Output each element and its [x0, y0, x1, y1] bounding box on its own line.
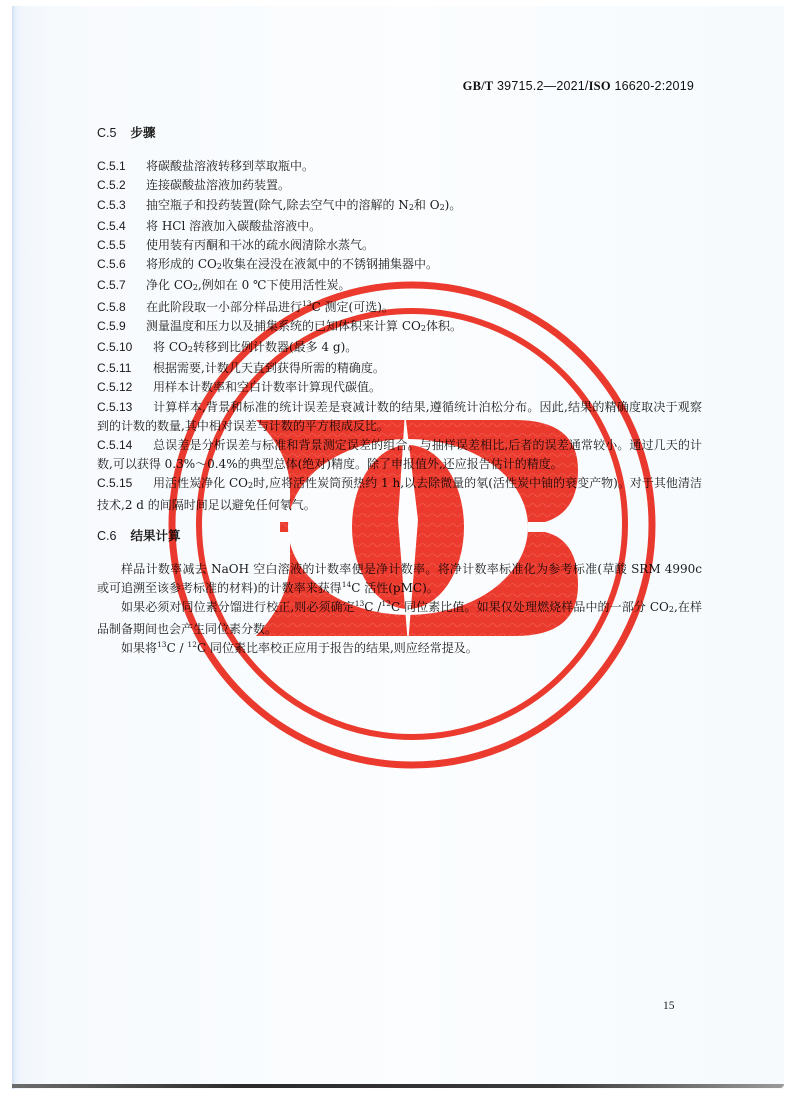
procedure-step: C.5.7净化 CO2,例如在 0 ℃下使用活性炭。: [97, 276, 702, 297]
step-number: C.5.8: [97, 298, 142, 317]
step-text: 用样本计数率和空白计数率计算现代碳值。: [153, 380, 381, 394]
code-number: 39715.2—2021/: [497, 79, 589, 93]
paragraph: 样品计数率减去 NaOH 空白溶液的计数率便是净计数率。将净计数率标准化为参考标…: [97, 560, 702, 598]
standard-code-header: GB/T 39715.2—2021/ISO 16620-2:2019: [463, 79, 694, 94]
code-prefix: GB/T: [463, 79, 494, 93]
step-text: 测量温度和压力以及捕集系统的已知体积来计算 CO2体积。: [146, 319, 462, 333]
procedure-step: C.5.10将 CO2转移到比例计数器(最多 4 g)。: [97, 338, 702, 359]
page-number: 15: [663, 1000, 675, 1012]
step-number: C.5.2: [97, 176, 142, 195]
step-text: 在此阶段取一小部分样品进行13C 测定(可选)。: [146, 300, 394, 314]
procedure-steps: C.5.1将碳酸盐溶液转移到萃取瓶中。C.5.2连接碳酸盐溶液加药装置。C.5.…: [97, 157, 702, 515]
step-text: 将 CO2转移到比例计数器(最多 4 g)。: [153, 340, 357, 354]
step-text: 使用装有丙酮和干冰的疏水阀清除水蒸气。: [146, 238, 374, 252]
document-body: C.5 步骤 C.5.1将碳酸盐溶液转移到萃取瓶中。C.5.2连接碳酸盐溶液加药…: [97, 124, 702, 658]
step-number: C.5.9: [97, 317, 142, 336]
step-number: C.5.15: [97, 474, 149, 493]
iso-number: 16620-2:2019: [614, 79, 694, 93]
procedure-step: C.5.1将碳酸盐溶液转移到萃取瓶中。: [97, 157, 702, 176]
procedure-step: C.5.15用活性炭净化 CO2时,应将活性炭筒预热约 1 h,以去除微量的氡(…: [97, 474, 702, 514]
procedure-step: C.5.3抽空瓶子和投药装置(除气,除去空气中的溶解的 N2和 O2)。: [97, 196, 702, 217]
paragraph: 如果必须对同位素分馏进行校正,则必须确定13C /12C 同位素比值。如果仅处理…: [97, 598, 702, 638]
procedure-step: C.5.14总误差是分析误差与标准和背景测定误差的组合。与抽样误差相比,后者的误…: [97, 436, 702, 474]
paragraph: 如果将13C / 12C 同位素比率校正应用于报告的结果,则应经常提及。: [97, 639, 702, 658]
step-text: 将 HCl 溶液加入碳酸盐溶液中。: [146, 219, 321, 233]
step-text: 总误差是分析误差与标准和背景测定误差的组合。与抽样误差相比,后者的误差通常较小。…: [97, 438, 702, 471]
section-heading-c5: C.5 步骤: [97, 124, 702, 143]
procedure-step: C.5.2连接碳酸盐溶液加药装置。: [97, 176, 702, 195]
procedure-step: C.5.13计算样本,背景和标准的统计误差是衰减计数的结果,遵循统计泊松分布。因…: [97, 398, 702, 436]
step-number: C.5.10: [97, 338, 149, 357]
step-text: 将碳酸盐溶液转移到萃取瓶中。: [146, 159, 314, 173]
step-number: C.5.1: [97, 157, 142, 176]
step-number: C.5.13: [97, 398, 149, 417]
step-text: 将形成的 CO2收集在浸没在液氮中的不锈钢捕集器中。: [146, 257, 438, 271]
step-number: C.5.5: [97, 236, 142, 255]
result-calculation-text: 样品计数率减去 NaOH 空白溶液的计数率便是净计数率。将净计数率标准化为参考标…: [97, 560, 702, 658]
step-number: C.5.11: [97, 359, 149, 378]
procedure-step: C.5.12用样本计数率和空白计数率计算现代碳值。: [97, 378, 702, 397]
step-text: 连接碳酸盐溶液加药装置。: [146, 178, 290, 192]
step-text: 计算样本,背景和标准的统计误差是衰减计数的结果,遵循统计泊松分布。因此,结果的精…: [97, 400, 702, 433]
iso-prefix: ISO: [589, 79, 611, 93]
section-heading-c6: C.6 结果计算: [97, 527, 702, 546]
step-number: C.5.7: [97, 276, 142, 295]
step-text: 用活性炭净化 CO2时,应将活性炭筒预热约 1 h,以去除微量的氡(活性炭中铀的…: [97, 476, 702, 511]
procedure-step: C.5.11根据需要,计数几天直到获得所需的精确度。: [97, 359, 702, 378]
step-number: C.5.3: [97, 196, 142, 215]
step-text: 抽空瓶子和投药装置(除气,除去空气中的溶解的 N2和 O2)。: [146, 198, 461, 212]
step-number: C.5.12: [97, 378, 149, 397]
procedure-step: C.5.9测量温度和压力以及捕集系统的已知体积来计算 CO2体积。: [97, 317, 702, 338]
step-text: 根据需要,计数几天直到获得所需的精确度。: [153, 361, 385, 375]
step-number: C.5.14: [97, 436, 149, 455]
section-number: C.5: [97, 124, 127, 143]
step-number: C.5.4: [97, 217, 142, 236]
section-number: C.6: [97, 527, 127, 546]
section-title: 结果计算: [130, 529, 180, 543]
procedure-step: C.5.8在此阶段取一小部分样品进行13C 测定(可选)。: [97, 298, 702, 317]
procedure-step: C.5.6将形成的 CO2收集在浸没在液氮中的不锈钢捕集器中。: [97, 255, 702, 276]
step-text: 净化 CO2,例如在 0 ℃下使用活性炭。: [146, 278, 350, 292]
section-title: 步骤: [130, 126, 155, 140]
procedure-step: C.5.5使用装有丙酮和干冰的疏水阀清除水蒸气。: [97, 236, 702, 255]
page-edge-shadow: [12, 1084, 784, 1088]
step-number: C.5.6: [97, 255, 142, 274]
procedure-step: C.5.4将 HCl 溶液加入碳酸盐溶液中。: [97, 217, 702, 236]
